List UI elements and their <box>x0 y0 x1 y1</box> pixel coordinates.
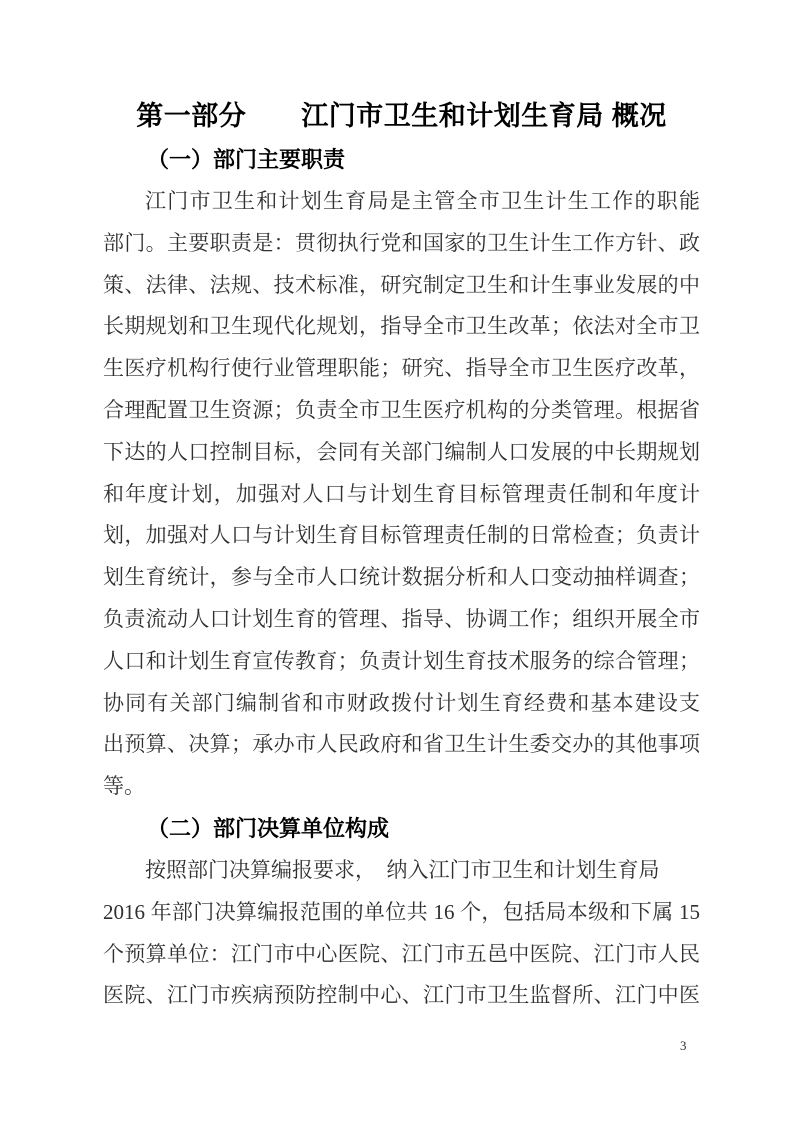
text-line: 人口和计划生育宣传教育；负责计划生育技术服务的综合管理； <box>103 641 700 683</box>
section-unit-composition: （二）部门决算单位构成 按照部门决算编报要求， 纳入江门市卫生和计划生育局 20… <box>103 808 700 1017</box>
section-heading-units: （二）部门决算单位构成 <box>103 808 700 850</box>
document-title: 第一部分 江门市卫生和计划生育局 概况 <box>103 93 700 139</box>
text-line: 和年度计划，加强对人口与计划生育目标管理责任制和年度计 <box>103 474 700 516</box>
text-line: 医院、江门市疾病预防控制中心、江门市卫生监督所、江门中医 <box>103 975 700 1017</box>
text-line: 等。 <box>103 766 700 808</box>
text-line: 划生育统计，参与全市人口统计数据分析和人口变动抽样调查； <box>103 557 700 599</box>
text-line: 下达的人口控制目标，会同有关部门编制人口发展的中长期规划 <box>103 432 700 474</box>
text-line: 出预算、决算；承办市人民政府和省卫生计生委交办的其他事项 <box>103 724 700 766</box>
text-line: 协同有关部门编制省和市财政拨付计划生育经费和基本建设支 <box>103 683 700 725</box>
text-line: 按照部门决算编报要求， 纳入江门市卫生和计划生育局 <box>103 850 700 892</box>
text-line: 个预算单位：江门市中心医院、江门市五邑中医院、江门市人民 <box>103 934 700 976</box>
text-line: 划，加强对人口与计划生育目标管理责任制的日常检查；负责计 <box>103 515 700 557</box>
text-line: 负责流动人口计划生育的管理、指导、协调工作；组织开展全市 <box>103 599 700 641</box>
section-main-duties: （一）部门主要职责 江门市卫生和计划生育局是主管全市卫生计生工作的职能 部门。主… <box>103 139 700 808</box>
text-line: 2016 年部门决算编报范围的单位共 16 个，包括局本级和下属 15 <box>103 892 700 934</box>
text-line: 江门市卫生和计划生育局是主管全市卫生计生工作的职能 <box>103 181 700 223</box>
text-line: 合理配置卫生资源；负责全市卫生医疗机构的分类管理。根据省 <box>103 390 700 432</box>
paragraph-duties: 江门市卫生和计划生育局是主管全市卫生计生工作的职能 部门。主要职责是：贯彻执行党… <box>103 181 700 808</box>
document-page: 第一部分 江门市卫生和计划生育局 概况 （一）部门主要职责 江门市卫生和计划生育… <box>0 0 793 1122</box>
paragraph-units: 按照部门决算编报要求， 纳入江门市卫生和计划生育局 2016 年部门决算编报范围… <box>103 850 700 1017</box>
text-line: 策、法律、法规、技术标准，研究制定卫生和计生事业发展的中 <box>103 265 700 307</box>
section-heading-duties: （一）部门主要职责 <box>103 139 700 181</box>
text-line: 长期规划和卫生现代化规划，指导全市卫生改革；依法对全市卫 <box>103 306 700 348</box>
text-line: 生医疗机构行使行业管理职能；研究、指导全市卫生医疗改革， <box>103 348 700 390</box>
page-number: 3 <box>680 1038 687 1054</box>
text-line: 部门。主要职责是：贯彻执行党和国家的卫生计生工作方针、政 <box>103 223 700 265</box>
